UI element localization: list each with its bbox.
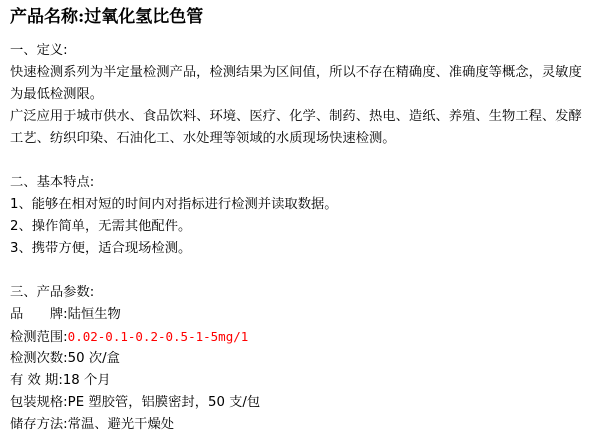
- param-label: 有 效 期:: [10, 373, 63, 388]
- product-description: 一、定义: 快速检测系列为半定量检测产品，检测结果为区间值，所以不存在精确度、准…: [10, 40, 595, 436]
- param-row-brand: 品 牌:陆恒生物: [10, 304, 595, 326]
- feature-item: 3、携带方便，适合现场检测。: [10, 238, 595, 260]
- spacer: [10, 260, 595, 282]
- param-value: 18 个月: [63, 373, 111, 388]
- param-label: 检测次数:: [10, 351, 68, 366]
- product-title-name: 过氧化氢比色管: [84, 7, 203, 27]
- features-heading: 二、基本特点:: [10, 172, 595, 194]
- spacer: [10, 150, 595, 172]
- param-row-packaging: 包装规格:PE 塑胶管，铝膜密封，50 支/包: [10, 392, 595, 414]
- param-label: 储存方法:: [10, 417, 68, 432]
- param-row-validity: 有 效 期:18 个月: [10, 370, 595, 392]
- param-label: 品 牌:: [10, 307, 68, 322]
- feature-item: 1、能够在相对短的时间内对指标进行检测并读取数据。: [10, 194, 595, 216]
- param-value: PE 塑胶管，铝膜密封，50 支/包: [68, 395, 261, 410]
- param-row-range: 检测范围:0.02-0.1-0.2-0.5-1-5mg/1: [10, 326, 595, 348]
- product-title: 产品名称:过氧化氢比色管: [10, 6, 203, 28]
- param-label: 检测范围:: [10, 330, 68, 345]
- param-value: 常温、避光干燥处: [68, 417, 174, 432]
- feature-item: 2、操作简单，无需其他配件。: [10, 216, 595, 238]
- param-value: 50 次/盒: [68, 351, 120, 366]
- param-label: 包装规格:: [10, 395, 68, 410]
- param-value: 陆恒生物: [68, 307, 121, 322]
- definition-paragraph-1: 快速检测系列为半定量检测产品，检测结果为区间值，所以不存在精确度、准确度等概念，…: [10, 62, 595, 106]
- param-row-storage: 储存方法:常温、避光干燥处: [10, 414, 595, 436]
- product-title-label: 产品名称:: [10, 7, 84, 27]
- param-row-count: 检测次数:50 次/盒: [10, 348, 595, 370]
- definition-heading: 一、定义:: [10, 40, 595, 62]
- definition-paragraph-2: 广泛应用于城市供水、食品饮料、环境、医疗、化学、制药、热电、造纸、养殖、生物工程…: [10, 106, 595, 150]
- param-value-range: 0.02-0.1-0.2-0.5-1-5mg/1: [68, 329, 249, 344]
- parameters-heading: 三、产品参数:: [10, 282, 595, 304]
